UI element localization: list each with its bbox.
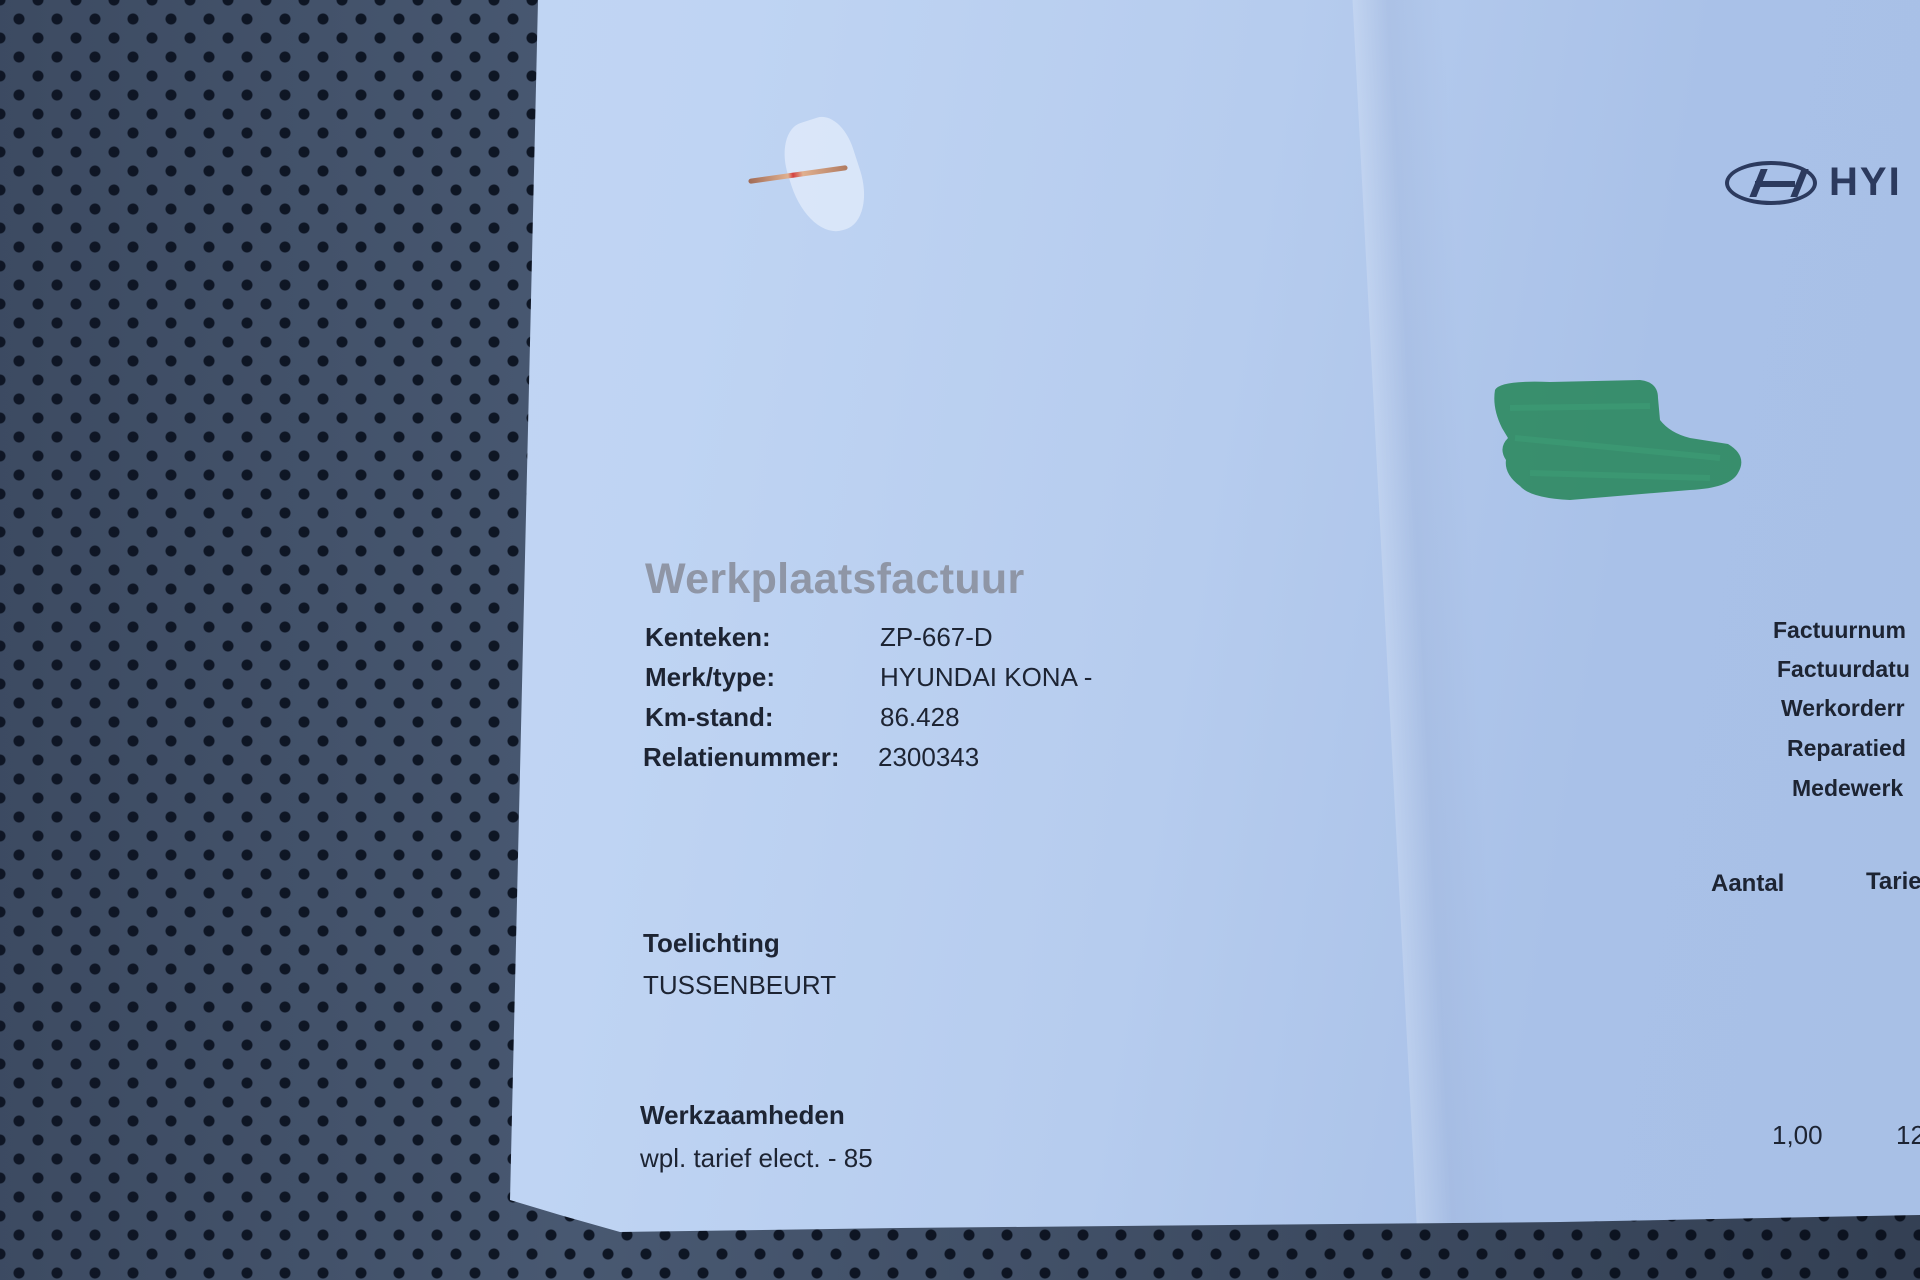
hyundai-logo: HYI bbox=[1725, 160, 1902, 205]
paper-fold-line bbox=[1353, 0, 1508, 1240]
werkzaamheden-heading: Werkzaamheden bbox=[640, 1100, 845, 1131]
werkzaamheden-line-tarief: 12 bbox=[1896, 1120, 1920, 1151]
field-value: ZP-667-D bbox=[880, 622, 993, 653]
label-factuurnummer: Factuurnum bbox=[1773, 617, 1906, 644]
field-label: Kenteken: bbox=[645, 622, 771, 653]
field-label: Merk/type: bbox=[645, 662, 775, 693]
field-value: 86.428 bbox=[880, 702, 960, 733]
label-werkordernummer: Werkorderr bbox=[1781, 695, 1905, 722]
green-ink-redaction bbox=[1490, 378, 1745, 503]
werkzaamheden-line-aantal: 1,00 bbox=[1772, 1120, 1823, 1151]
field-value: 2300343 bbox=[878, 742, 979, 773]
document-title: Werkplaatsfactuur bbox=[645, 555, 1024, 604]
field-label: Relatienummer: bbox=[643, 742, 840, 773]
column-header-tarief: Tarie bbox=[1866, 868, 1920, 896]
column-header-aantal: Aantal bbox=[1711, 870, 1784, 898]
werkzaamheden-line-description: wpl. tarief elect. - 85 bbox=[640, 1143, 873, 1174]
label-reparatiedatum: Reparatied bbox=[1787, 735, 1906, 762]
label-factuurdatum: Factuurdatu bbox=[1777, 656, 1910, 683]
brand-text: HYI bbox=[1829, 160, 1902, 205]
toelichting-heading: Toelichting bbox=[643, 928, 780, 959]
label-medewerker: Medewerk bbox=[1792, 775, 1903, 802]
field-value: HYUNDAI KONA - bbox=[880, 662, 1092, 693]
field-label: Km-stand: bbox=[645, 702, 774, 733]
hyundai-emblem-icon bbox=[1725, 161, 1817, 205]
invoice-paper: HYI Werkplaatsfactuur Kenteken: ZP-667-D… bbox=[0, 0, 1920, 1280]
toelichting-value: TUSSENBEURT bbox=[643, 970, 836, 1001]
